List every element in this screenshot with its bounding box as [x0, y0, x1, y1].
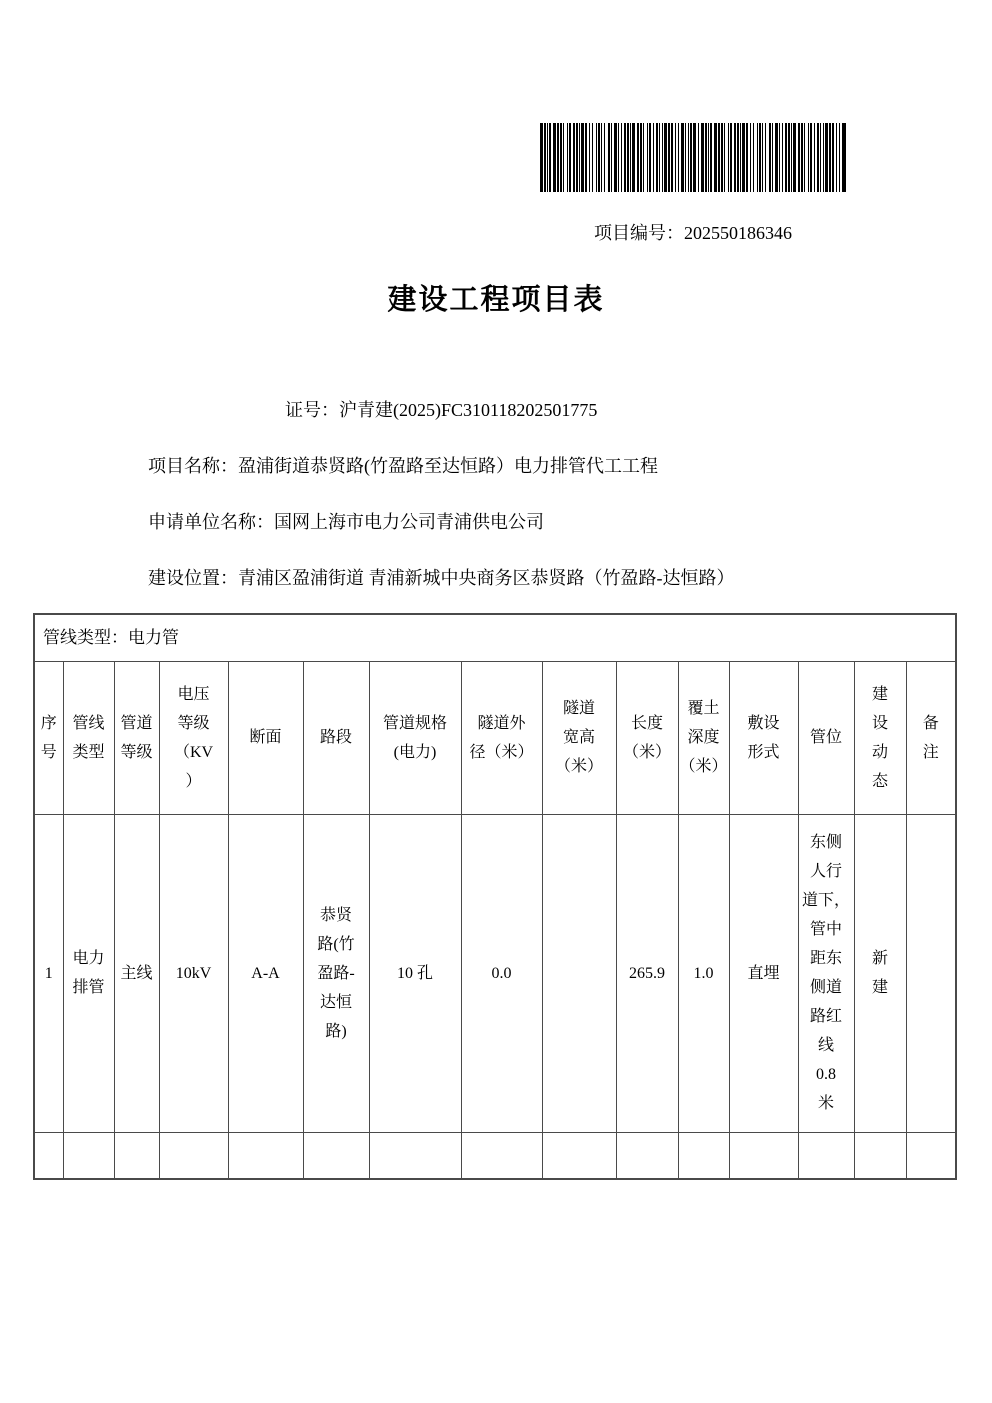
certificate-number-line: 证号：沪青建(2025)FC310118202501775 — [285, 396, 597, 422]
empty-cell — [303, 1132, 369, 1179]
empty-cell — [114, 1132, 159, 1179]
header-section: 断面 — [228, 661, 303, 814]
construction-location-line: 建设位置：青浦区盈浦街道 青浦新城中央商务区恭贤路（竹盈路-达恒路） — [148, 564, 735, 590]
pipeline-type-label: 管线类型：电力管 — [34, 614, 956, 661]
cell-length: 265.9 — [616, 814, 678, 1132]
empty-cell — [678, 1132, 729, 1179]
header-length: 长度 （米） — [616, 661, 678, 814]
header-line-type: 管线 类型 — [63, 661, 114, 814]
header-seq-no: 序 号 — [34, 661, 63, 814]
empty-cell — [616, 1132, 678, 1179]
cell-seq-no: 1 — [34, 814, 63, 1132]
empty-cell — [461, 1132, 542, 1179]
table-empty-row — [34, 1132, 956, 1179]
empty-cell — [369, 1132, 461, 1179]
empty-cell — [542, 1132, 616, 1179]
project-number: 项目编号：202550186346 — [540, 219, 846, 245]
cell-cover-depth: 1.0 — [678, 814, 729, 1132]
header-road-segment: 路段 — [303, 661, 369, 814]
cell-construction-status: 新 建 — [854, 814, 906, 1132]
empty-cell — [854, 1132, 906, 1179]
header-construction-status: 建 设 动 态 — [854, 661, 906, 814]
cell-road-segment: 恭贤 路(竹 盈路- 达恒 路) — [303, 814, 369, 1132]
empty-cell — [906, 1132, 956, 1179]
barcode-image — [540, 123, 846, 192]
header-cover-depth: 覆土 深度 （米） — [678, 661, 729, 814]
pipeline-type-row: 管线类型：电力管 — [34, 614, 956, 661]
document-page: 项目编号：202550186346 建设工程项目表 证号：沪青建(2025)FC… — [0, 0, 992, 1403]
cell-remarks — [906, 814, 956, 1132]
header-remarks: 备 注 — [906, 661, 956, 814]
cell-laying-method: 直埋 — [729, 814, 798, 1132]
table-header-row: 序 号 管线 类型 管道 等级 电压 等级 （KV ） 断面 路段 管道规格 (… — [34, 661, 956, 814]
table-data-row: 1 电力 排管 主线 10kV A-A 恭贤 路(竹 盈路- 达恒 路) 10 … — [34, 814, 956, 1132]
empty-cell — [34, 1132, 63, 1179]
empty-cell — [159, 1132, 228, 1179]
project-name-line: 项目名称：盈浦街道恭贤路(竹盈路至达恒路）电力排管代工工程 — [148, 452, 658, 478]
empty-cell — [798, 1132, 854, 1179]
cell-tunnel-outer-diameter: 0.0 — [461, 814, 542, 1132]
applicant-unit-line: 申请单位名称：国网上海市电力公司青浦供电公司 — [148, 508, 544, 534]
header-voltage-level: 电压 等级 （KV ） — [159, 661, 228, 814]
cell-pipe-spec: 10 孔 — [369, 814, 461, 1132]
empty-cell — [729, 1132, 798, 1179]
cell-line-type: 电力 排管 — [63, 814, 114, 1132]
empty-cell — [63, 1132, 114, 1179]
header-laying-method: 敷设 形式 — [729, 661, 798, 814]
cell-tunnel-width-height — [542, 814, 616, 1132]
header-tunnel-outer-diameter: 隧道外 径（米） — [461, 661, 542, 814]
project-table: 管线类型：电力管 序 号 管线 类型 管道 等级 电压 等级 （KV ） 断面 … — [33, 613, 957, 1180]
cell-pipe-position: 东侧 人行 道下， 管中 距东 侧道 路红 线 0.8 米 — [798, 814, 854, 1132]
cell-voltage-level: 10kV — [159, 814, 228, 1132]
header-pipe-grade: 管道 等级 — [114, 661, 159, 814]
header-pipe-spec: 管道规格 (电力) — [369, 661, 461, 814]
cell-pipe-grade: 主线 — [114, 814, 159, 1132]
header-pipe-position: 管位 — [798, 661, 854, 814]
empty-cell — [228, 1132, 303, 1179]
page-title: 建设工程项目表 — [0, 277, 992, 318]
header-tunnel-width-height: 隧道 宽高 （米） — [542, 661, 616, 814]
cell-section: A-A — [228, 814, 303, 1132]
